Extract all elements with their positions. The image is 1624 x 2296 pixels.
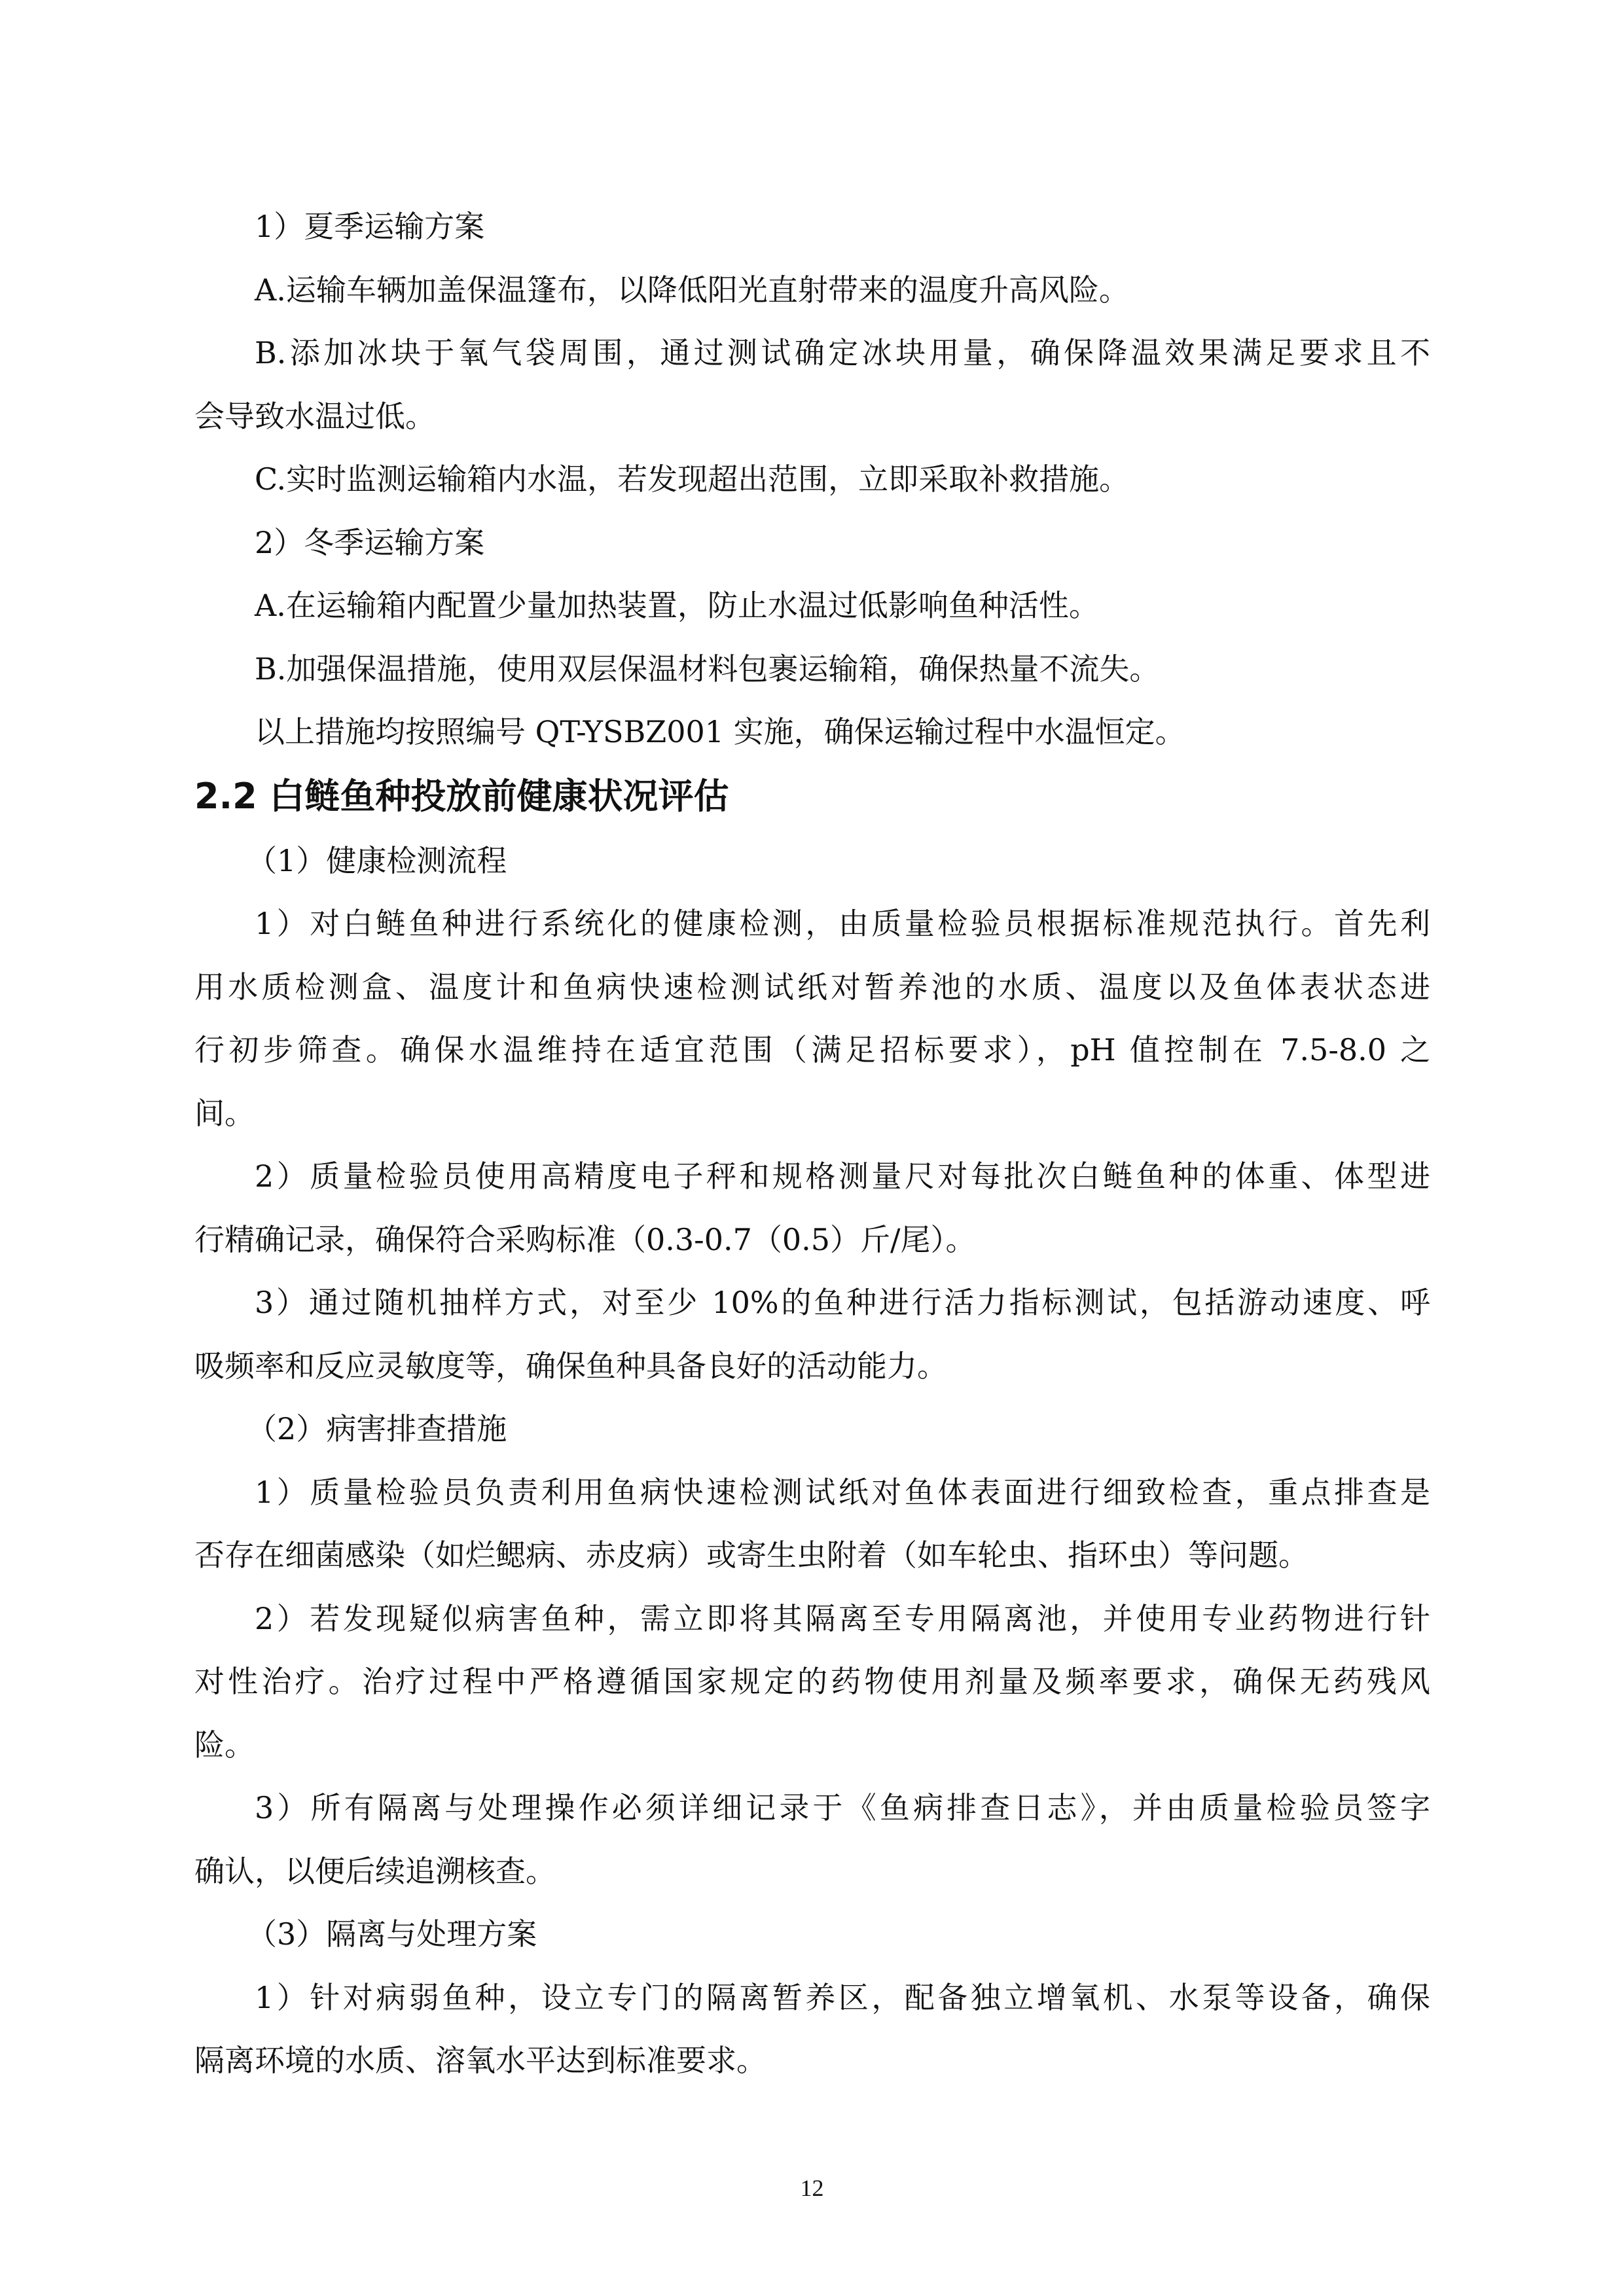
- isolation-title: （3）隔离与处理方案: [194, 1903, 1430, 1966]
- winter-plan-title: 2）冬季运输方案: [194, 511, 1430, 575]
- summer-item-b-line2: 会导致水温过低。: [194, 385, 1430, 448]
- winter-item-b: B.加强保温措施，使用双层保温材料包裹运输箱，确保热量不流失。: [194, 637, 1430, 701]
- winter-item-a: A.在运输箱内配置少量加热装置，防止水温过低影响鱼种活性。: [194, 574, 1430, 637]
- disease-p3-line1: 3）所有隔离与处理操作必须详细记录于《鱼病排查日志》，并由质量检验员签字: [194, 1776, 1430, 1840]
- page-body: 1）夏季运输方案 A.运输车辆加盖保温篷布，以降低阳光直射带来的温度升高风险。 …: [194, 195, 1430, 2092]
- summer-item-b-line1: B.添加冰块于氧气袋周围，通过测试确定冰块用量，确保降温效果满足要求且不: [194, 321, 1430, 385]
- health-p3-line1: 3）通过随机抽样方式，对至少 10%的鱼种进行活力指标测试，包括游动速度、呼: [194, 1271, 1430, 1335]
- isolation-p1-line2: 隔离环境的水质、溶氧水平达到标准要求。: [194, 2029, 1430, 2092]
- health-p1-line3: 行初步筛查。确保水温维持在适宜范围（满足招标要求），pH 值控制在 7.5-8.…: [194, 1018, 1430, 1082]
- health-p1-line4: 间。: [194, 1082, 1430, 1145]
- isolation-p1-line1: 1）针对病弱鱼种，设立专门的隔离暂养区，配备独立增氧机、水泵等设备，确保: [194, 1966, 1430, 2030]
- summer-plan-title: 1）夏季运输方案: [194, 195, 1430, 259]
- disease-screening-title: （2）病害排查措施: [194, 1397, 1430, 1461]
- health-p2-line2: 行精确记录，确保符合采购标准（0.3-0.7（0.5）斤/尾）。: [194, 1208, 1430, 1272]
- summer-item-a: A.运输车辆加盖保温篷布，以降低阳光直射带来的温度升高风险。: [194, 259, 1430, 322]
- disease-p2-line2: 对性治疗。治疗过程中严格遵循国家规定的药物使用剂量及频率要求，确保无药残风: [194, 1650, 1430, 1713]
- section-heading: 2.2 白鲢鱼种投放前健康状况评估: [194, 764, 1430, 829]
- disease-p1-line1: 1）质量检验员负责利用鱼病快速检测试纸对鱼体表面进行细致检查，重点排查是: [194, 1461, 1430, 1524]
- health-p2-line1: 2）质量检验员使用高精度电子秤和规格测量尺对每批次白鲢鱼种的体重、体型进: [194, 1145, 1430, 1208]
- summer-item-c: C.实时监测运输箱内水温，若发现超出范围，立即采取补救措施。: [194, 448, 1430, 511]
- document-page: 1）夏季运输方案 A.运输车辆加盖保温篷布，以降低阳光直射带来的温度升高风险。 …: [0, 0, 1624, 2296]
- disease-p2-line1: 2）若发现疑似病害鱼种，需立即将其隔离至专用隔离池，并使用专业药物进行针: [194, 1587, 1430, 1651]
- health-check-title: （1）健康检测流程: [194, 829, 1430, 893]
- health-p1-line2: 用水质检测盒、温度计和鱼病快速检测试纸对暂养池的水质、温度以及鱼体表状态进: [194, 956, 1430, 1019]
- summary-paragraph: 以上措施均按照编号 QT-YSBZ001 实施，确保运输过程中水温恒定。: [194, 700, 1430, 764]
- disease-p2-line3: 险。: [194, 1713, 1430, 1777]
- disease-p3-line2: 确认，以便后续追溯核查。: [194, 1840, 1430, 1903]
- health-p1-line1: 1）对白鲢鱼种进行系统化的健康检测，由质量检验员根据标准规范执行。首先利: [194, 892, 1430, 956]
- disease-p1-line2: 否存在细菌感染（如烂鳃病、赤皮病）或寄生虫附着（如车轮虫、指环虫）等问题。: [194, 1524, 1430, 1587]
- page-number: 12: [0, 2174, 1624, 2202]
- health-p3-line2: 吸频率和反应灵敏度等，确保鱼种具备良好的活动能力。: [194, 1335, 1430, 1398]
